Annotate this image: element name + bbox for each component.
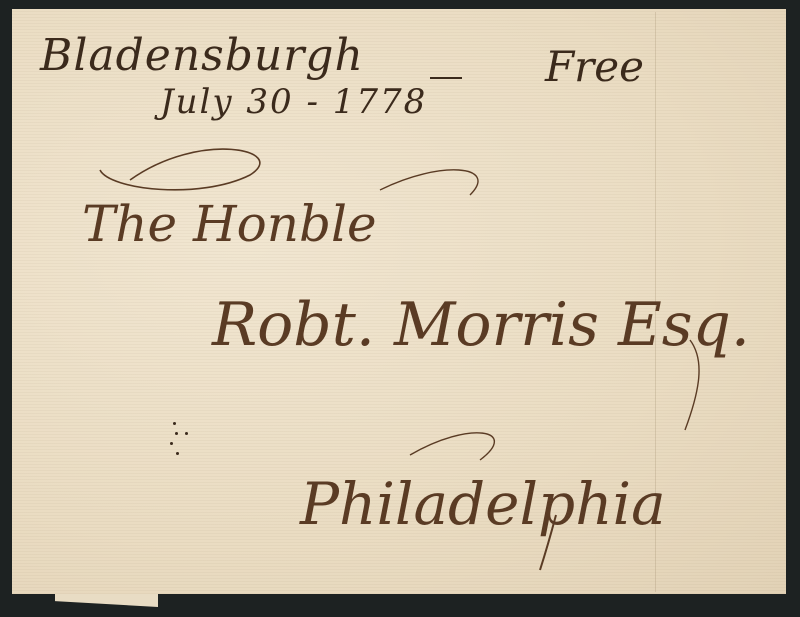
ink-spots [170, 420, 200, 460]
pen-flourishes [0, 0, 800, 617]
